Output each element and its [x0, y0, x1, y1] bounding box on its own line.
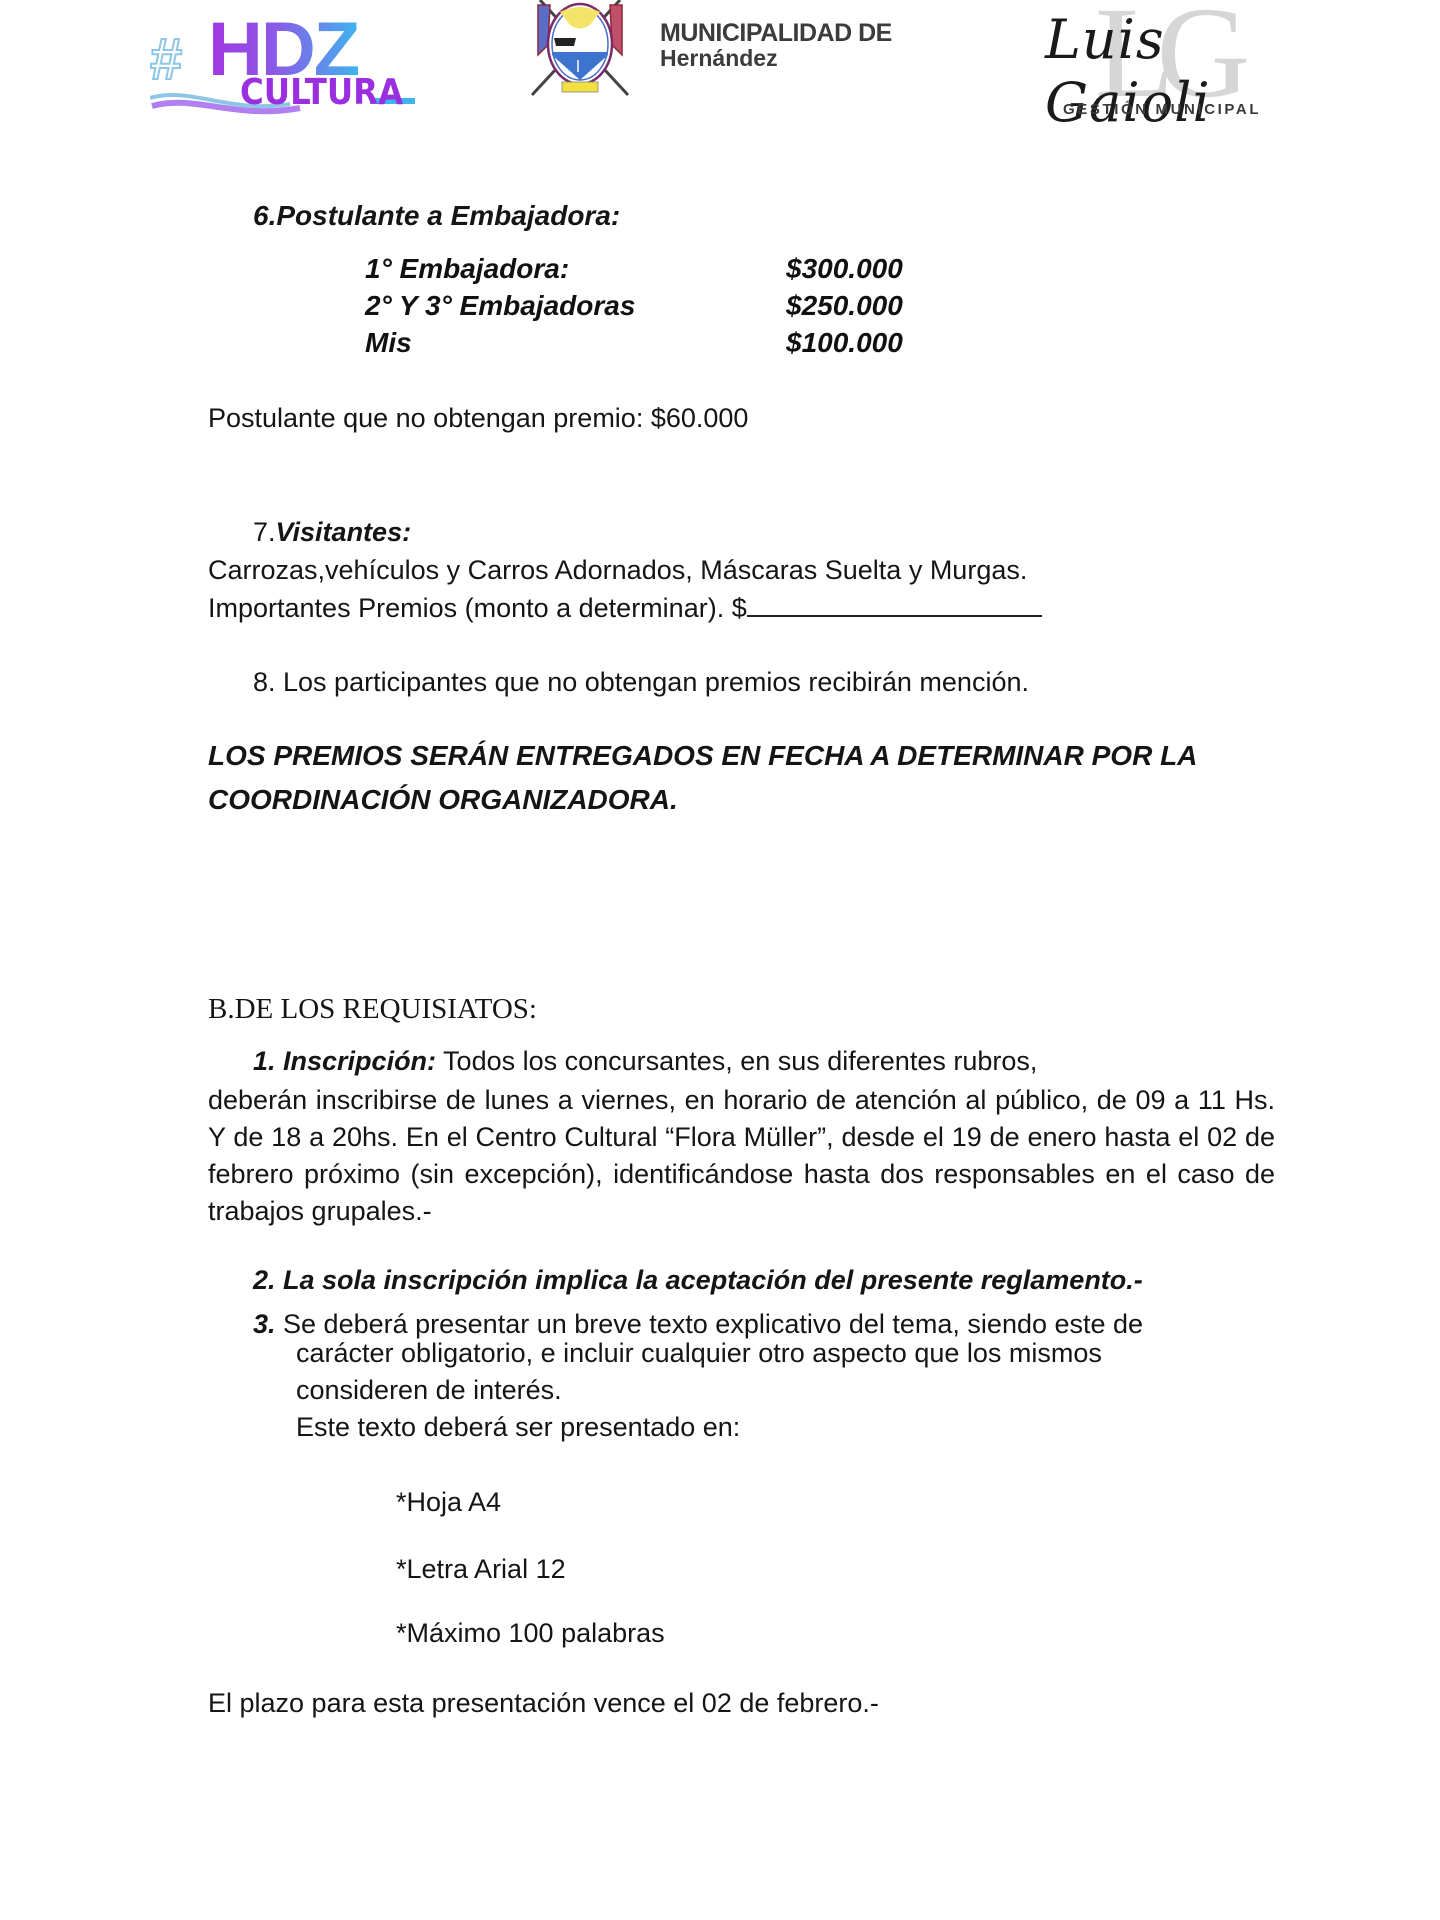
prize-amount: $300.000 — [786, 253, 903, 285]
item-1-body: deberán inscribirse de lunes a viernes, … — [208, 1082, 1275, 1230]
luis-gaioli-logo: LG Luis Gaioli GESTIÓN MUNICIPAL — [1035, 0, 1305, 125]
section-6-title: 6.Postulante a Embajadora: — [253, 200, 620, 232]
item-1-first-line: 1. Inscripción: Todos los concursantes, … — [253, 1045, 1037, 1077]
prize-label: 2° Y 3° Embajadoras — [365, 290, 635, 322]
item-3-label: 3. — [253, 1309, 276, 1339]
item-3-line3: consideren de interés. — [296, 1374, 562, 1406]
section-7-line1: Carrozas,vehículos y Carros Adornados, M… — [208, 554, 1027, 586]
amount-blank-field — [747, 591, 1042, 617]
section-8-text: 8. Los participantes que no obtengan pre… — [253, 666, 1029, 698]
item-3-line1: 3. Se deberá presentar un breve texto ex… — [253, 1308, 1143, 1340]
municipal-crest-icon — [530, 0, 630, 100]
format-list-item: *Letra Arial 12 — [396, 1553, 566, 1585]
section-7-title: Visitantes: — [276, 517, 412, 547]
municipality-title: MUNICIPALIDAD DE — [660, 20, 892, 47]
municipality-name: Hernández — [660, 46, 778, 71]
section-b-heading: B.DE LOS REQUISIATOS: — [208, 993, 537, 1025]
section-7-line2-text: Importantes Premios (monto a determinar)… — [208, 593, 747, 623]
prize-label: Mis — [365, 327, 412, 359]
notice-line1: LOS PREMIOS SERÁN ENTREGADOS EN FECHA A … — [208, 740, 1197, 772]
no-prize-text: Postulante que no obtengan premio: $60.0… — [208, 402, 748, 434]
item-2-text: 2. La sola inscripción implica la acepta… — [253, 1264, 1143, 1296]
deadline-text: El plazo para esta presentación vence el… — [208, 1687, 879, 1719]
item-3-line1-text: Se deberá presentar un breve texto expli… — [276, 1309, 1144, 1339]
hashtag-glyph: # — [150, 26, 182, 93]
notice-line2: COORDINACIÓN ORGANIZADORA. — [208, 784, 678, 816]
item-1-first-text: Todos los concursantes, en sus diferente… — [436, 1046, 1037, 1076]
prize-amount: $100.000 — [786, 327, 903, 359]
section-7-heading: 7.Visitantes: — [253, 516, 411, 548]
item-3-line2: carácter obligatorio, e incluir cualquie… — [296, 1337, 1102, 1369]
format-list-item: *Hoja A4 — [396, 1486, 501, 1518]
item-1-label: 1. Inscripción: — [253, 1046, 436, 1076]
section-7-line2: Importantes Premios (monto a determinar)… — [208, 591, 1042, 624]
prize-amount: $250.000 — [786, 290, 903, 322]
format-list-item: *Máximo 100 palabras — [396, 1617, 665, 1649]
hdz-cultura-logo: # HDZ CULTURA — [150, 8, 425, 113]
cultura-wordmark: CULTURA — [240, 72, 403, 113]
section-7-number: 7. — [253, 517, 276, 547]
logo-tagline: GESTIÓN MUNICIPAL — [1063, 101, 1261, 118]
prize-label: 1° Embajadora: — [365, 253, 569, 285]
item-3-line4: Este texto deberá ser presentado en: — [296, 1411, 740, 1443]
